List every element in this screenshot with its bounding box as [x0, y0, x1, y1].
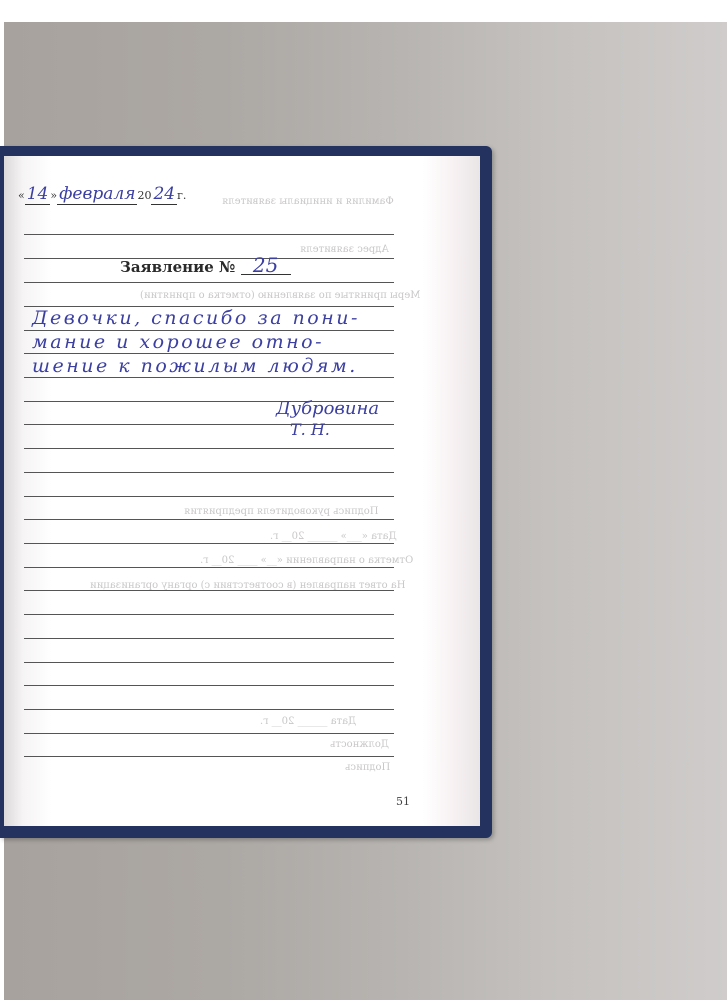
showthrough-label: Подпись руководителя предприятия [184, 506, 378, 517]
date-month: февраля [57, 184, 137, 205]
date-day: 14 [25, 184, 51, 205]
date-field: «14»февраля2024г. [18, 184, 186, 205]
page-number: 51 [396, 795, 410, 808]
signature-initials: Т. Н. [290, 420, 330, 439]
showthrough-label: Меры принятые по заявлению (отметка о пр… [140, 290, 420, 301]
ruled-line [24, 377, 394, 378]
ruled-line [24, 234, 394, 235]
ruled-line [24, 709, 394, 710]
ruled-line [24, 590, 394, 591]
application-number: 25 [241, 256, 291, 275]
showthrough-label: Отметка о направлении «__» ____ 20__ г. [200, 555, 413, 566]
date-year-suffix: 24 [151, 184, 177, 205]
ruled-line [24, 282, 394, 283]
date-year-mark: г. [177, 189, 186, 202]
showthrough-label: Дата ______ 20__ г. [260, 716, 356, 727]
ruled-line [24, 424, 394, 425]
ruled-line [24, 638, 394, 639]
ruled-line [24, 448, 394, 449]
ruled-line [24, 496, 394, 497]
date-close-quote: » [50, 189, 57, 202]
showthrough-label: Подпись [345, 762, 390, 773]
showthrough-label: Фамилия и инициалы заявителя [222, 196, 394, 207]
ruled-line [24, 519, 394, 520]
signature-surname: Дубровина [276, 398, 379, 419]
handwritten-line-2: мание и хорошее отно- [32, 331, 324, 353]
handwritten-line-3: шение к пожилым людям. [32, 355, 358, 377]
ruled-line [24, 614, 394, 615]
date-open-quote: « [18, 189, 25, 202]
ruled-line [24, 685, 394, 686]
showthrough-label: Должность [330, 739, 389, 750]
ruled-line [24, 543, 394, 544]
handwritten-line-1: Девочки, спасибо за пони- [32, 307, 360, 329]
date-year-prefix: 20 [137, 189, 151, 202]
ruled-line [24, 567, 394, 568]
ruled-line [24, 662, 394, 663]
ruled-line [24, 353, 394, 354]
application-title-label: Заявление № [120, 258, 235, 276]
showthrough-label: Дата «___» ______ 20__ г. [270, 531, 397, 542]
showthrough-label: Адрес заявителя [300, 244, 389, 255]
application-title: Заявление № 25 [120, 256, 291, 276]
ruled-line [24, 756, 394, 757]
ruled-line [24, 733, 394, 734]
ruled-line [24, 472, 394, 473]
